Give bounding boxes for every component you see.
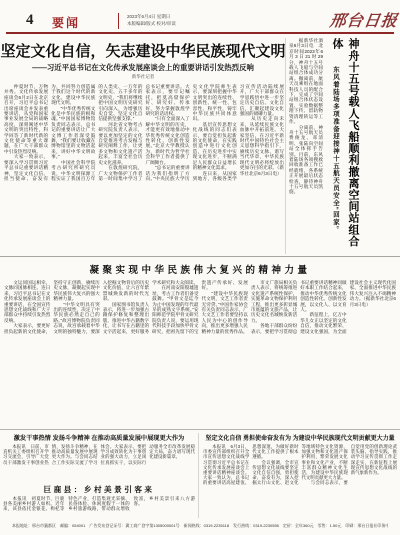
date-line: 2023年6月4日 星期日 [127, 14, 176, 21]
bottom-left-body: 本报讯 日前，市直机关工委组织召开学习交流会，引导广大党员干部激发干事创业热情，… [3, 444, 195, 482]
masthead-logo: 邢台日报 [328, 8, 397, 31]
bottom-left-headline: 激发干事热情 发扬斗争精神 在推动高质量发展中展现更大作为 [2, 433, 196, 442]
section-title: 要闻 [52, 14, 80, 31]
bottom-divider [198, 433, 199, 518]
middle-headline: 凝聚实现中华民族伟大复兴的精神力量 [0, 262, 400, 276]
lead-body-columns: 仲夏时节，万物并秀。文化传承发展座谈会6月2日在北京召开，习近平总书记出席座谈会… [4, 84, 284, 252]
lead-byline: 新华社记者 [0, 74, 286, 80]
newspaper-page: 4 要闻 2023年6月4日 星期日 本版编辑/版式 校对/审读 邢台日报 坚定… [0, 0, 400, 535]
lead-subhead: ——习近平总书记在文化传承发展座谈会上的重要讲话引发热烈反响 [0, 62, 286, 73]
shenzhou-article: 据新华社酒泉6月3日电 北京时间2023年6月3日21时29分，神舟十五号载人飞… [289, 38, 361, 256]
header-rule [6, 32, 394, 34]
section-rule-top [0, 256, 400, 257]
middle-body-columns: 文运同国运相牵，文脉同国脉相连。连日来，习近平总书记在文化传承发展座谈会上的重要… [4, 280, 396, 428]
shenzhou-subhead-vertical: 东风着陆场多项准备迎接神十五航天员安全“回家” [325, 38, 340, 250]
lead-headline: 坚定文化自信，矢志建设中华民族现代文明 [0, 40, 286, 61]
page-number: 4 [26, 12, 34, 29]
publication-info-line: 本报地址：邢台市襄都区 邮编：054001 广告发布登记证号：冀工商广登字第13… [12, 523, 388, 529]
bottom-right-headline: 坚定文化自信 勇担使命奋发有为 为建设中华民族现代文明贡献更大力量 [202, 433, 398, 442]
date-editor-block: 2023年6月4日 星期日 本版编辑/版式 校对/审读 [127, 14, 176, 27]
header-divider [118, 13, 119, 29]
editor-line: 本版编辑/版式 校对/审读 [127, 21, 176, 28]
shenzhou-headline-vertical: 神舟十五号载人飞船顺利撤离空间站组合体 [340, 38, 361, 256]
shenzhou-body: 据新华社酒泉6月3日电 北京时间2023年6月3日21时29分，神舟十五号载人飞… [289, 38, 323, 256]
bottom-right-body: 本报讯 6月3日，市委宣传部组织召开全市宣传思想文化战线学习贯彻习近平总书记在文… [203, 444, 397, 516]
county-headline: 巨鹿县：乡村美景引客来 [2, 484, 196, 495]
column-divider [285, 38, 286, 254]
section-rule-bottom [0, 429, 400, 430]
county-body: 本报讯 初夏时节，巨鹿县各美丽乡村游人如织。近年来，该县依托金银花、枸杞等特色产… [3, 496, 195, 518]
